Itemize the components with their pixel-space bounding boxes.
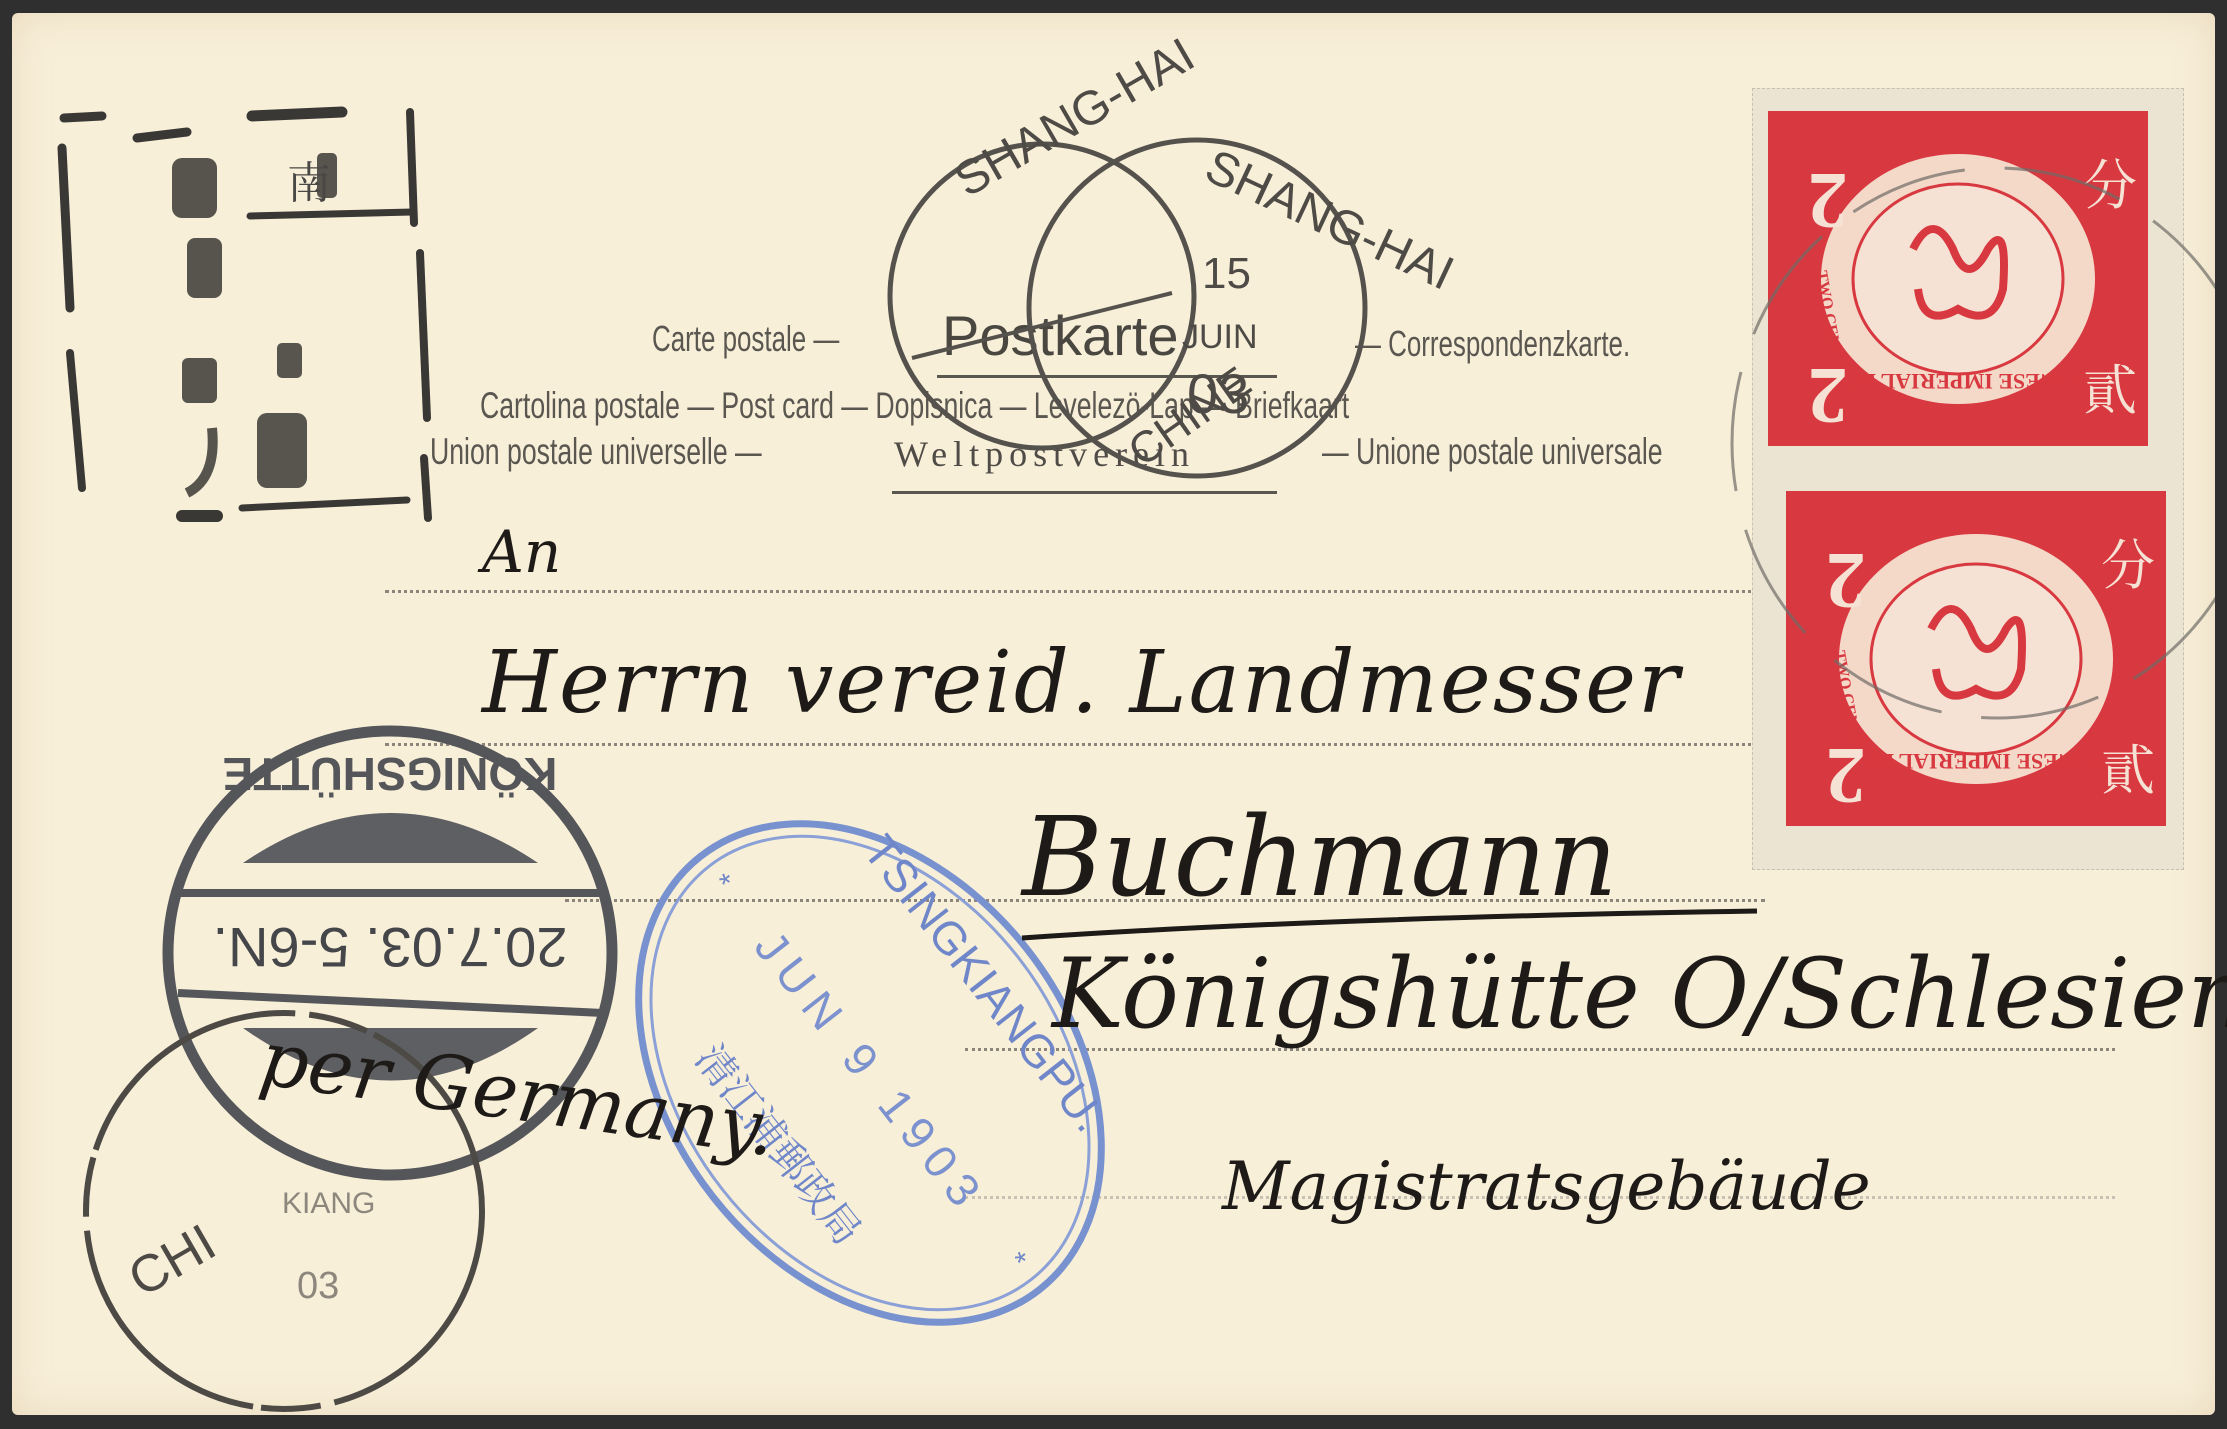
- svg-text:KÖNIGSHÜTTE: KÖNIGSHÜTTE: [223, 748, 558, 800]
- svg-text:*: *: [704, 868, 737, 898]
- address-line-name: Buchmann: [1022, 793, 1618, 921]
- shanghai-day: 15: [1202, 249, 1251, 298]
- svg-text:KIANG: KIANG: [282, 1187, 375, 1220]
- postcard: 南 Carte postale — Postkarte — Correspond…: [12, 13, 2215, 1415]
- svg-text:20.7.03. 5-6N.: 20.7.03. 5-6N.: [213, 916, 568, 979]
- address-line-herrn: Herrn vereid. Landmesser: [482, 633, 1681, 733]
- svg-text:*: *: [999, 1246, 1032, 1276]
- shanghai-month: JUIN: [1182, 318, 1258, 356]
- svg-text:CHI: CHI: [119, 1213, 226, 1308]
- shanghai-text-1: SHANG-HAI: [946, 28, 1203, 207]
- address-line-building: Magistratsgebäude: [1222, 1148, 1871, 1225]
- stamp-cancel-ring: [1732, 168, 2215, 718]
- svg-text:03: 03: [297, 1265, 339, 1307]
- address-line-city: Königshütte O/Schlesien: [1052, 938, 2227, 1050]
- shanghai-postmark-left: [890, 144, 1194, 448]
- salutation: An: [482, 518, 561, 586]
